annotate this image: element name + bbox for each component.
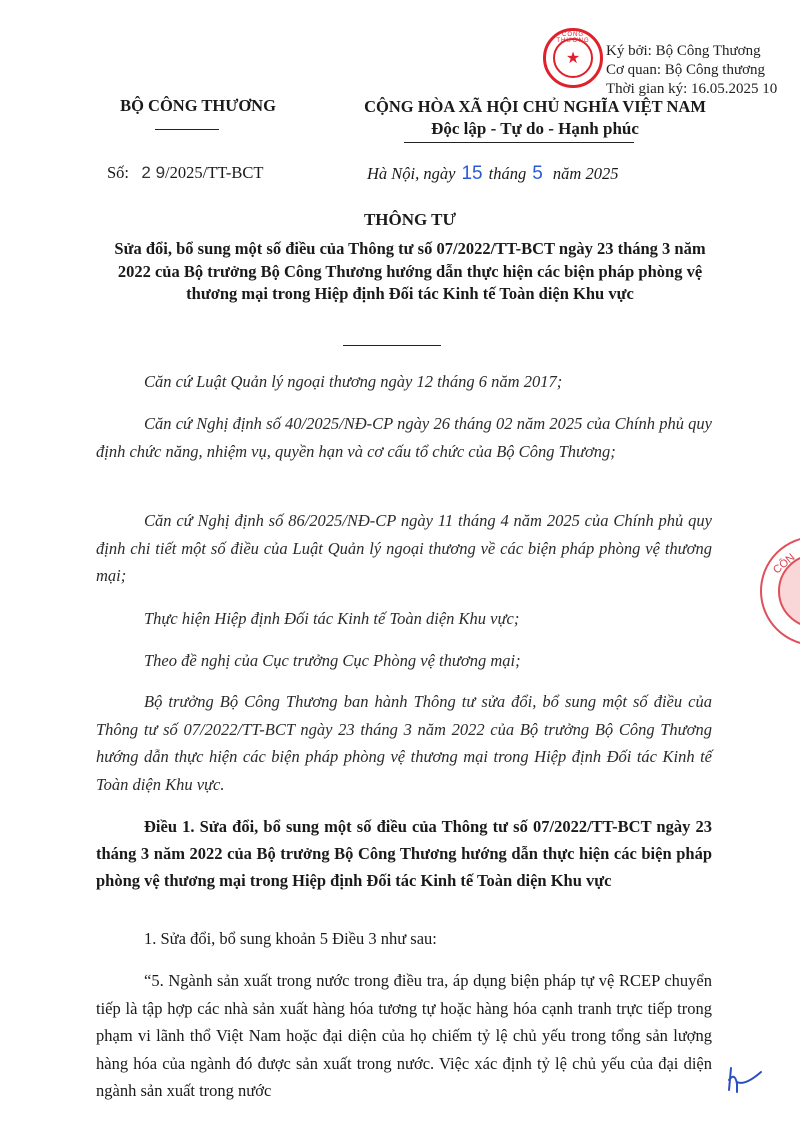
preamble-basis-decree-40: Căn cứ Nghị định số 40/2025/NĐ-CP ngày 2… [96, 410, 712, 465]
clause-1-intro: 1. Sửa đổi, bổ sung khoản 5 Điều 3 như s… [96, 925, 712, 953]
article-1-heading: Điều 1. Sửa đổi, bổ sung một số điều của… [96, 813, 712, 894]
issue-date: Hà Nội, ngày15tháng5 năm 2025 [367, 163, 618, 185]
date-place: Hà Nội, ngày [367, 164, 455, 183]
doc-number-handwritten: 2 9 [141, 163, 165, 182]
preamble-basis-decree-86: Căn cứ Nghị định số 86/2025/NĐ-CP ngày 1… [96, 507, 712, 590]
date-month-label: tháng [489, 164, 527, 183]
official-seal-top: CÔNG THƯƠNG ★ [543, 28, 603, 88]
title-underline [343, 345, 441, 346]
motto-underline [404, 142, 634, 143]
preamble-proposal: Theo đề nghị của Cục trưởng Cục Phòng vệ… [96, 647, 712, 675]
preamble-basis-law: Căn cứ Luật Quản lý ngoại thương ngày 12… [96, 368, 712, 396]
national-header: CỘNG HÒA XÃ HỘI CHỦ NGHĨA VIỆT NAM Độc l… [300, 96, 770, 140]
document-subject: Sửa đổi, bổ sung một số điều của Thông t… [100, 238, 720, 306]
date-day-handwritten: 15 [461, 163, 482, 184]
star-emblem-icon: ★ [553, 38, 593, 78]
ministry-underline [155, 129, 219, 130]
date-month-handwritten: 5 [532, 163, 543, 184]
nation-name: CỘNG HÒA XÃ HỘI CHỦ NGHĨA VIỆT NAM [300, 96, 770, 118]
doc-number-suffix: /2025/TT-BCT [165, 163, 263, 182]
clause-1-text: “5. Ngành sản xuất trong nước trong điều… [96, 967, 712, 1105]
preamble-implementation: Thực hiện Hiệp định Đối tác Kinh tế Toàn… [96, 605, 712, 633]
document-type-title: THÔNG TƯ [100, 210, 720, 230]
signing-agency: Cơ quan: Bộ Công thương [606, 61, 777, 80]
national-motto: Độc lập - Tự do - Hạnh phúc [300, 118, 770, 140]
signed-by: Ký bởi: Bộ Công Thương [606, 42, 777, 61]
digital-signature-block: Ký bởi: Bộ Công Thương Cơ quan: Bộ Công … [606, 42, 777, 99]
preamble-issuance: Bộ trưởng Bộ Công Thương ban hành Thông … [96, 688, 712, 798]
official-seal-partial: CÔN [760, 536, 800, 646]
document-number: Số: 2 9/2025/TT-BCT [107, 163, 263, 183]
ministry-name: BỘ CÔNG THƯƠNG [110, 96, 286, 116]
doc-number-label: Số: [107, 163, 129, 182]
date-year: năm 2025 [553, 164, 619, 183]
handwritten-initials-icon [725, 1062, 765, 1096]
